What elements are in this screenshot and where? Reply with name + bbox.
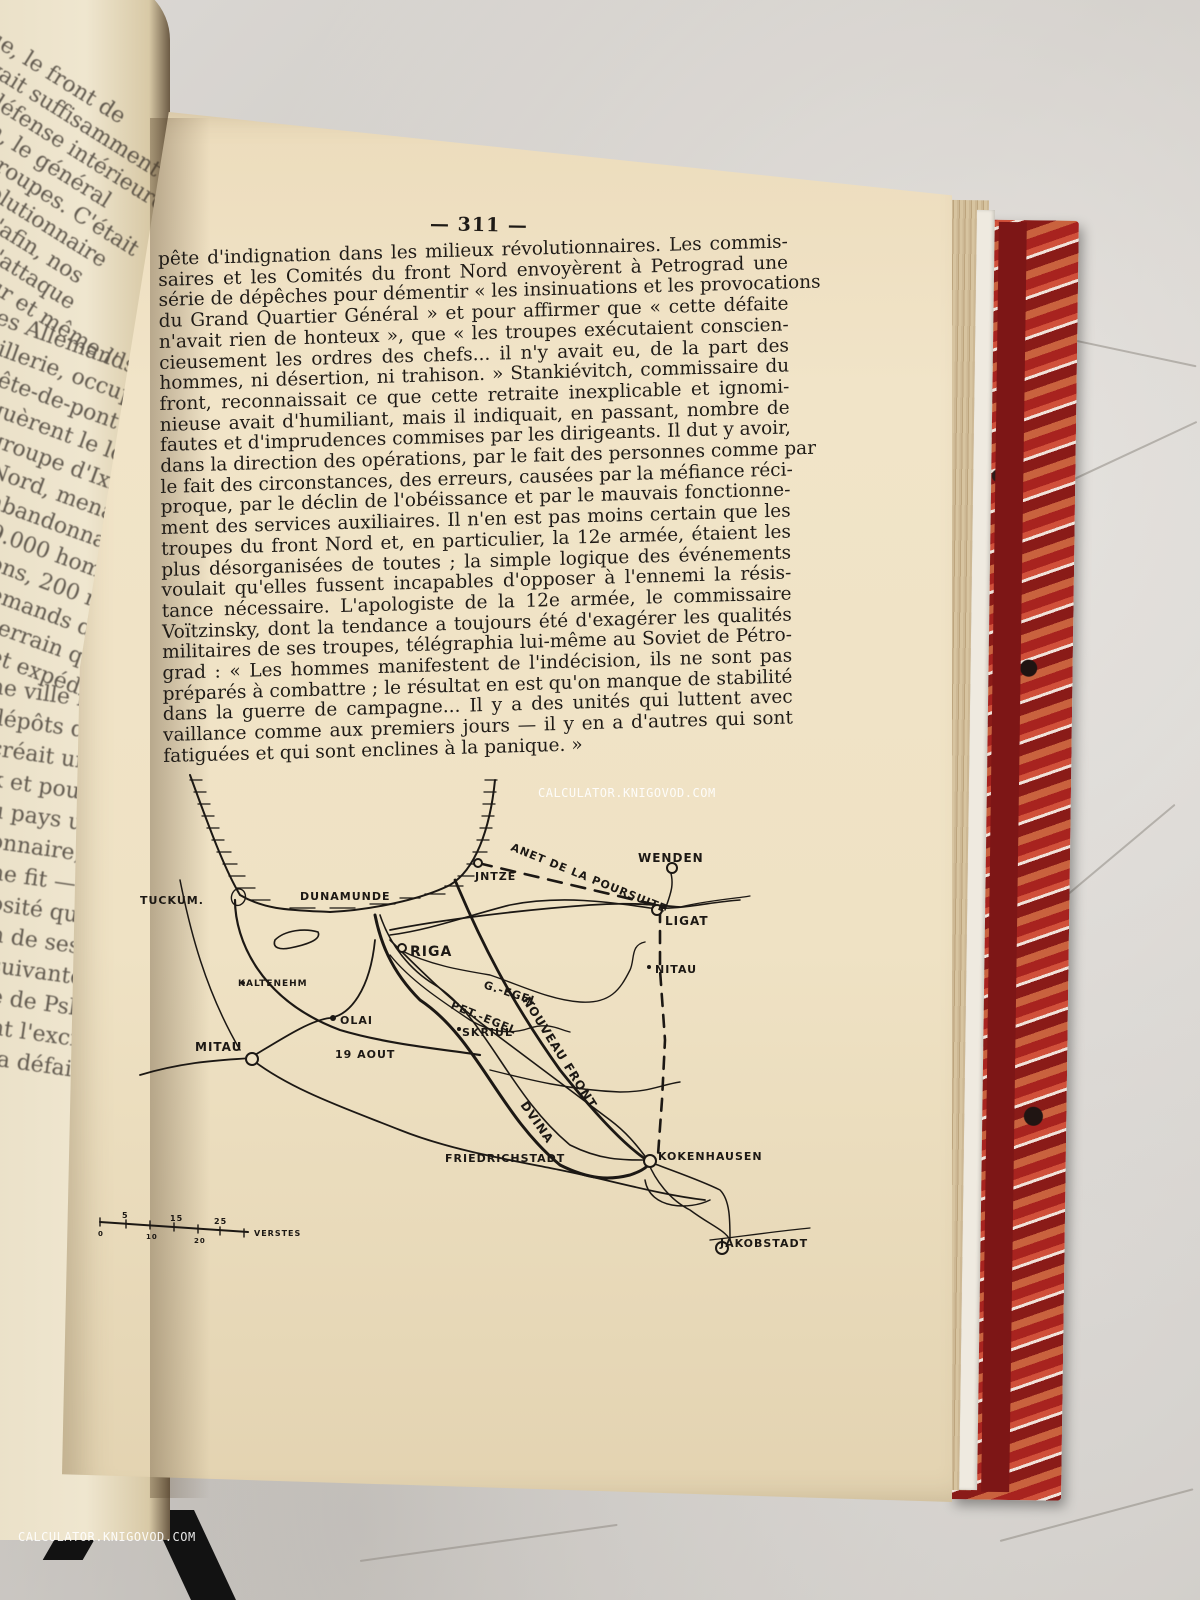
- map-label-jntze: JNTZE: [474, 870, 516, 883]
- map-label-mitau: MITAU: [195, 1040, 242, 1054]
- map-label-nouveau-front: NOUVEAU FRONT: [519, 994, 599, 1111]
- map-label-kaltenehm: KALTENEHM: [238, 979, 308, 989]
- scale-tick-25: 25: [214, 1217, 227, 1226]
- scale-tick-5: 5: [122, 1211, 129, 1220]
- map-label-dvina: DVINA: [518, 1099, 557, 1146]
- map-label-nitau: NITAU: [655, 963, 697, 976]
- scale-tick-0: 0: [98, 1230, 104, 1238]
- map-label-wenden: WENDEN: [638, 851, 704, 865]
- map-label-ligat: LIGAT: [665, 914, 709, 928]
- scale-tick-10: 10: [146, 1233, 158, 1241]
- scale-tick-20: 20: [194, 1237, 206, 1245]
- map-label-skriul: SKRIUL: [462, 1026, 513, 1039]
- map-label-friedrichstadt: FRIEDRICHSTADT: [445, 1152, 565, 1165]
- map-label-kokenhausen: KOKENHAUSEN: [658, 1150, 763, 1163]
- scale-tick-15: 15: [170, 1214, 183, 1223]
- map-label-riga: RIGA: [410, 944, 452, 960]
- map-label-olai: OLAI: [340, 1014, 373, 1027]
- map-label-dunamunde: DUNAMUNDE: [300, 890, 391, 903]
- page-number: — 311 —: [430, 213, 528, 237]
- scale-unit: VERSTES: [254, 1229, 301, 1238]
- body-text: pête d'indignation dans les milieux révo…: [158, 232, 793, 767]
- watermark-bottom-left: CALCULATOR.KNIGOVOD.COM: [18, 1530, 196, 1544]
- map-label-tuckum: TUCKUM.: [140, 894, 204, 907]
- riga-front-map: TUCKUM. DUNAMUNDE RIGA JNTZE ANET DE LA …: [90, 770, 830, 1290]
- watermark-center: CALCULATOR.KNIGOVOD.COM: [538, 786, 716, 800]
- map-label-19-aout: 19 AOUT: [335, 1048, 395, 1061]
- map-label-jakobstadt: JAKOBSTADT: [719, 1237, 808, 1250]
